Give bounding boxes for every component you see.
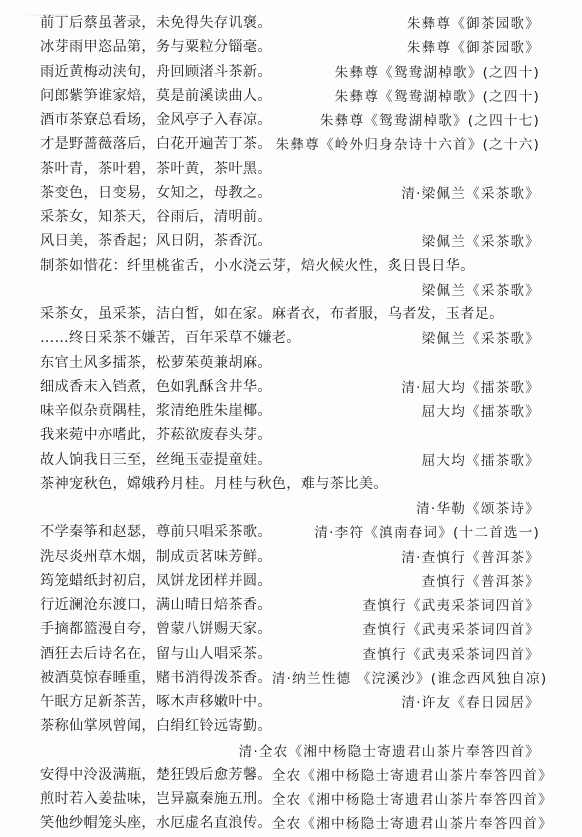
- attribution-text: 朱彝尊《鸳鸯湖棹歌》(之四十): [335, 85, 540, 105]
- poem-line: 细成香末入铛煮，色如乳酥含井华。清·屈大均《擂茶歌》: [40, 375, 540, 397]
- attribution-text: 查慎行《武夷采茶词四首》: [362, 594, 540, 614]
- poem-line: 午眠方足新茶苦，啄木声移嫩叶中。清·许友《春日园居》: [40, 690, 540, 712]
- verse-text: 才是野蔷薇落后，白花开遍苦丁茶。: [40, 133, 272, 153]
- attribution-text: 全农《湘中杨隐士寄遗君山茶片奉答四首》: [272, 812, 553, 832]
- attribution-text: 清·屈大均《擂茶歌》: [401, 376, 540, 396]
- poem-line: 制茶如惜花：纤里桃雀舌，小水浇云芽，焙火候火性，炙日畏日华。: [40, 254, 540, 276]
- poem-line: 故人饷我日三至，丝绳玉壶提童娃。屈大均《擂茶歌》: [40, 448, 540, 470]
- poem-line: 风日美，茶香起；风日阴，茶香沉。梁佩兰《采茶歌》: [40, 229, 540, 251]
- poem-line: 酒狂去后诗名在，留与山人唱采茶。查慎行《武夷采茶词四首》: [40, 642, 540, 664]
- poem-line: 不学秦筝和赵瑟，尊前只唱采茶歌。清·李符《滇南春词》(十二首选一): [40, 520, 540, 542]
- poem-line: 茶称仙掌夙曾闻，白绢红铃远寄勤。: [40, 714, 540, 736]
- poem-line: 采茶女，虽采茶，洁白皙，如在家。麻者衣，布者服，乌者发，玉者足。: [40, 302, 540, 324]
- poem-line: 行近澜沧东渡口，满山晴日焙茶香。查慎行《武夷采茶词四首》: [40, 593, 540, 615]
- verse-text: 洗尽炎州草木烟，制成贡茗味芳鲜。: [40, 546, 272, 566]
- attribution-text: 梁佩兰《采茶歌》: [422, 327, 540, 347]
- attribution-text: 查慎行《武夷采茶词四首》: [362, 643, 540, 663]
- poem-line: 梁佩兰《采茶歌》: [40, 278, 540, 300]
- attribution-text: 梁佩兰《采茶歌》: [422, 230, 540, 250]
- attribution-text: 清·李符《滇南春词》(十二首选一): [314, 521, 540, 541]
- poem-line: 茶神宠秋色，嫦娥矜月桂。月桂与秋色，难与茶比美。: [40, 472, 540, 494]
- verse-text: 不学秦筝和赵瑟，尊前只唱采茶歌。: [40, 521, 272, 541]
- verse-text: 行近澜沧东渡口，满山晴日焙茶香。: [40, 594, 272, 614]
- verse-text: 故人饷我日三至，丝绳玉壶提童娃。: [40, 449, 272, 469]
- attribution-text: 全农《湘中杨隐士寄遗君山茶片奉答四首》: [272, 788, 553, 808]
- attribution-text: 朱彝尊《御茶园歌》: [407, 12, 540, 32]
- attribution-text: 朱彝尊《鸳鸯湖棹歌》(之四十): [335, 61, 540, 81]
- poem-line: 清·华勒《颂茶诗》: [40, 496, 540, 518]
- document-page: 前丁后蔡虽著录，未免得失存讥褒。朱彝尊《御茶园歌》冰芽雨甲恣品第，务与粟粒分锱毫…: [0, 0, 582, 837]
- poem-line: 雨近黄梅动浃旬，舟回顾渚斗茶新。朱彝尊《鸳鸯湖棹歌》(之四十): [40, 60, 540, 82]
- poem-line: 洗尽炎州草木烟，制成贡茗味芳鲜。清·查慎行《普洱茶》: [40, 545, 540, 567]
- verse-text: 风日美，茶香起；风日阴，茶香沉。: [40, 230, 272, 250]
- poem-line: 安得中泠汲满瓶，楚狂毁后愈芳馨。全农《湘中杨隐士寄遗君山茶片奉答四首》: [40, 763, 540, 785]
- verse-text: 细成香末入铛煮，色如乳酥含井华。: [40, 376, 272, 396]
- poem-line: 清·全农《湘中杨隐士寄遗君山茶片奉答四首》: [40, 739, 540, 761]
- attribution-text: 查慎行《普洱茶》: [422, 570, 540, 590]
- verse-text: 采茶女，虽采茶，洁白皙，如在家。麻者衣，布者服，乌者发，玉者足。: [40, 303, 504, 323]
- poem-line: 被酒莫惊春睡重，赌书消得泼茶香。清·纳兰性德 《浣溪沙》(谁念西风独自凉): [40, 666, 540, 688]
- poem-line: 酒市茶寮总看场，金风亭子入春凉。朱彝尊《鸳鸯湖棹歌》(之四十七): [40, 108, 540, 130]
- attribution-text: 屈大均《擂茶歌》: [422, 449, 540, 469]
- verse-text: 采茶女，知茶天，谷雨后，清明前。: [40, 206, 272, 226]
- verse-text: 酒市茶寮总看场，金风亭子入春凉。: [40, 109, 272, 129]
- verse-text: 冰芽雨甲恣品第，务与粟粒分锱毫。: [40, 36, 272, 56]
- attribution-text: 朱彝尊《岭外归身杂诗十六首》(之十六): [276, 133, 541, 153]
- verse-text: 味辛似杂贲隅桂，浆清绝胜朱崖椰。: [40, 400, 272, 420]
- attribution-text: 朱彝尊《鸳鸯湖棹歌》(之四十七): [320, 109, 540, 129]
- verse-text: 制茶如惜花：纤里桃雀舌，小水浇云芽，焙火候火性，炙日畏日华。: [40, 255, 475, 275]
- poem-line: 才是野蔷薇落后，白花开遍苦丁茶。朱彝尊《岭外归身杂诗十六首》(之十六): [40, 132, 540, 154]
- verse-text: 茶叶青，茶叶碧，茶叶黄，茶叶黑。: [40, 158, 272, 178]
- attribution-text: 清·许友《春日园居》: [401, 691, 540, 711]
- poem-line: 手摘都篮漫自夸，曾蒙八饼赐天家。查慎行《武夷采茶词四首》: [40, 617, 540, 639]
- verse-text: 东官土风多擂茶，松萝茱萸兼胡麻。: [40, 352, 272, 372]
- poem-line: 味辛似杂贲隅桂，浆清绝胜朱崖椰。屈大均《擂茶歌》: [40, 399, 540, 421]
- poem-line: 煎时若入姜盐味，岂异嬴秦施五刑。全农《湘中杨隐士寄遗君山茶片奉答四首》: [40, 787, 540, 809]
- verse-text: 我来菀中亦嗜此，芥菘欲废春头芽。: [40, 424, 272, 444]
- attribution-text: 清·全农《湘中杨隐士寄遗君山茶片奉答四首》: [239, 740, 540, 760]
- verse-text: 前丁后蔡虽著录，未免得失存讥褒。: [40, 12, 272, 32]
- verse-text: 茶神宠秋色，嫦娥矜月桂。月桂与秋色，难与茶比美。: [40, 473, 388, 493]
- attribution-text: 清·纳兰性德 《浣溪沙》(谁念西风独自凉): [272, 667, 548, 687]
- verse-text: 筠笼蜡纸封初启，凤饼龙团样并圆。: [40, 570, 272, 590]
- attribution-text: 屈大均《擂茶歌》: [422, 400, 540, 420]
- verse-text: 茶称仙掌夙曾闻，白绢红铃远寄勤。: [40, 715, 272, 735]
- attribution-text: 全农《湘中杨隐士寄遗君山茶片奉答四首》: [272, 764, 553, 784]
- attribution-text: 清·查慎行《普洱茶》: [401, 546, 540, 566]
- poem-line: 筠笼蜡纸封初启，凤饼龙团样并圆。查慎行《普洱茶》: [40, 569, 540, 591]
- attribution-text: 梁佩兰《采茶歌》: [422, 279, 540, 299]
- poem-line: 问郎紫笋谁家焙，莫是前溪读曲人。朱彝尊《鸳鸯湖棹歌》(之四十): [40, 84, 540, 106]
- verse-text: 茶变色，日变易，女知之，母教之。: [40, 182, 272, 202]
- poem-line: 采茶女，知茶天，谷雨后，清明前。: [40, 205, 540, 227]
- verse-text: 被酒莫惊春睡重，赌书消得泼茶香。: [40, 667, 272, 687]
- verse-text: 问郎紫笋谁家焙，莫是前溪读曲人。: [40, 85, 272, 105]
- verse-text: ……终日采茶不嫌苦，百年采草不嫌老。: [40, 327, 301, 347]
- poem-line: 茶变色，日变易，女知之，母教之。清·梁佩兰《采茶歌》: [40, 181, 540, 203]
- poem-line: ……终日采茶不嫌苦，百年采草不嫌老。梁佩兰《采茶歌》: [40, 326, 540, 348]
- verse-text: 煎时若入姜盐味，岂异嬴秦施五刑。: [40, 788, 272, 808]
- attribution-text: 清·华勒《颂茶诗》: [416, 497, 540, 517]
- poem-line: 笑他纱帽笼头座，水厄虚名直浪传。全农《湘中杨隐士寄遗君山茶片奉答四首》: [40, 811, 540, 833]
- verse-text: 酒狂去后诗名在，留与山人唱采茶。: [40, 643, 272, 663]
- verse-text: 手摘都篮漫自夸，曾蒙八饼赐天家。: [40, 618, 272, 638]
- poem-line: 我来菀中亦嗜此，芥菘欲废春头芽。: [40, 423, 540, 445]
- attribution-text: 朱彝尊《御茶园歌》: [407, 36, 540, 56]
- poem-line: 前丁后蔡虽著录，未免得失存讥褒。朱彝尊《御茶园歌》: [40, 11, 540, 33]
- verse-text: 安得中泠汲满瓶，楚狂毁后愈芳馨。: [40, 764, 272, 784]
- poem-line: 冰芽雨甲恣品第，务与粟粒分锱毫。朱彝尊《御茶园歌》: [40, 35, 540, 57]
- poem-line: 东官土风多擂茶，松萝茱萸兼胡麻。: [40, 351, 540, 373]
- attribution-text: 清·梁佩兰《采茶歌》: [401, 182, 540, 202]
- verse-text: 笑他纱帽笼头座，水厄虚名直浪传。: [40, 812, 272, 832]
- verse-text: 雨近黄梅动浃旬，舟回顾渚斗茶新。: [40, 61, 272, 81]
- poem-line: 茶叶青，茶叶碧，茶叶黄，茶叶黑。: [40, 157, 540, 179]
- attribution-text: 查慎行《武夷采茶词四首》: [362, 618, 540, 638]
- verse-text: 午眠方足新茶苦，啄木声移嫩叶中。: [40, 691, 272, 711]
